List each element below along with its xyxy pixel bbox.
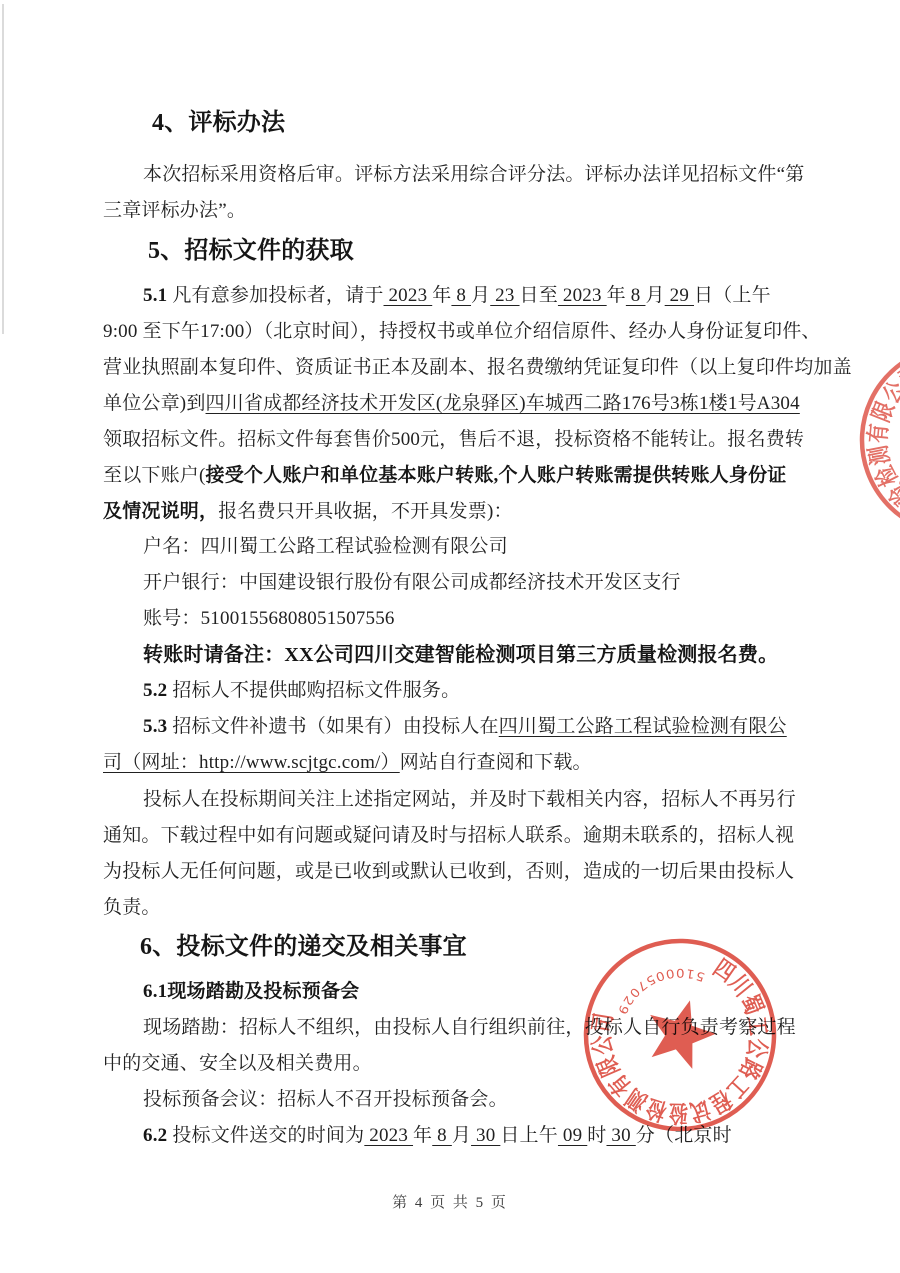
heading-section-5: 5、招标文件的获取 <box>148 236 354 267</box>
seal-serial-text: 510005702993 <box>856 355 900 550</box>
account-name-line: 户名：四川蜀工公路工程试验检测有限公司 <box>143 535 508 560</box>
para-pre-bid-meeting: 投标预备会议：招标人不召开投标预备会。 <box>143 1088 508 1113</box>
para-evaluation-line-2: 三章评标办法”。 <box>103 199 246 224</box>
para-notice-line-2: 通知。下载过程中如有问题或疑问请及时与招标人联系。逾期未联系的，招标人视 <box>103 824 794 849</box>
para-6-2: 6.2 投标文件送交的时间为 2023 年 8 月 30 日上午 09 时 30… <box>143 1124 732 1149</box>
para-5-3-line-1: 5.3 招标文件补遗书（如果有）由投标人在四川蜀工公路工程试验检测有限公 <box>143 715 787 740</box>
svg-text:510005702993: 510005702993 <box>856 355 900 550</box>
tender-document-page: 4、评标办法本次招标采用资格后审。评标方法采用综合评分法。评标办法详见招标文件“… <box>0 0 900 1273</box>
para-site-visit-line-1: 现场踏勘：招标人不组织，由投标人自行组织前往，投标人自行负责考察过程 <box>143 1016 796 1041</box>
bank-line: 开户银行：中国建设银行股份有限公司成都经济技术开发区支行 <box>143 571 681 596</box>
seal-company-text: 四川蜀工公路工程试验检测有限公司 <box>846 345 900 550</box>
para-5-1-line-4: 单位公章)到四川省成都经济技术开发区(龙泉驿区)车城西二路176号3栋1楼1号A… <box>103 392 800 417</box>
heading-section-6: 6、投标文件的递交及相关事宜 <box>140 932 467 963</box>
partial-company-seal-icon: 四川蜀工公路工程试验检测有限公司 510005702993 <box>846 330 900 550</box>
para-notice-line-1: 投标人在投标期间关注上述指定网站，并及时下载相关内容，招标人不再另行 <box>143 788 796 813</box>
para-notice-line-3: 为投标人无任何问题，或是已收到或默认已收到，否则，造成的一切后果由投标人 <box>103 860 794 885</box>
para-5-3-line-2: 司（网址：http://www.scjtgc.com/）网站自行查阅和下载。 <box>103 751 592 776</box>
account-number-line: 账号：51001556808051507556 <box>143 607 395 632</box>
seal-company-text: 四川蜀工公路工程试验检测有限公司 <box>572 946 790 1145</box>
para-5-1-line-5: 领取招标文件。招标文件每套售价500元，售后不退，投标资格不能转让。报名费转 <box>103 428 804 453</box>
para-site-visit-line-2: 中的交通、安全以及相关费用。 <box>103 1052 372 1077</box>
transfer-note-line: 转账时请备注：XX公司四川交建智能检测项目第三方质量检测报名费。 <box>143 642 778 668</box>
para-5-1-line-1: 5.1 凡有意参加投标者，请于 2023 年 8 月 23 日至 2023 年 … <box>143 284 771 309</box>
svg-text:四川蜀工公路工程试验检测有限公司: 四川蜀工公路工程试验检测有限公司 <box>846 345 900 550</box>
para-5-2: 5.2 招标人不提供邮购招标文件服务。 <box>143 679 460 704</box>
para-5-1-line-7: 及情况说明，报名费只开具收据，不开具发票)： <box>103 500 513 525</box>
scan-edge-artifact <box>2 4 4 334</box>
para-notice-line-4: 负责。 <box>103 896 161 921</box>
para-5-1-line-6: 至以下账户(接受个人账户和单位基本账户转账,个人账户转账需提供转账人身份证 <box>103 464 786 489</box>
para-5-1-line-3: 营业执照副本复印件、资质证书正本及副本、报名费缴纳凭证复印件（以上复印件均加盖 <box>103 356 852 381</box>
svg-text:四川蜀工公路工程试验检测有限公司: 四川蜀工公路工程试验检测有限公司 <box>572 946 790 1145</box>
heading-section-4: 4、评标办法 <box>152 108 285 139</box>
para-evaluation-line-1: 本次招标采用资格后审。评标方法采用综合评分法。评标办法详见招标文件“第 <box>143 163 804 188</box>
heading-6-1: 6.1现场踏勘及投标预备会 <box>143 980 359 1005</box>
para-5-1-line-2: 9:00 至下午17:00）（北京时间），持授权书或单位介绍信原件、经办人身份证… <box>103 320 821 345</box>
page-number-footer: 第 4 页 共 5 页 <box>0 1191 900 1212</box>
